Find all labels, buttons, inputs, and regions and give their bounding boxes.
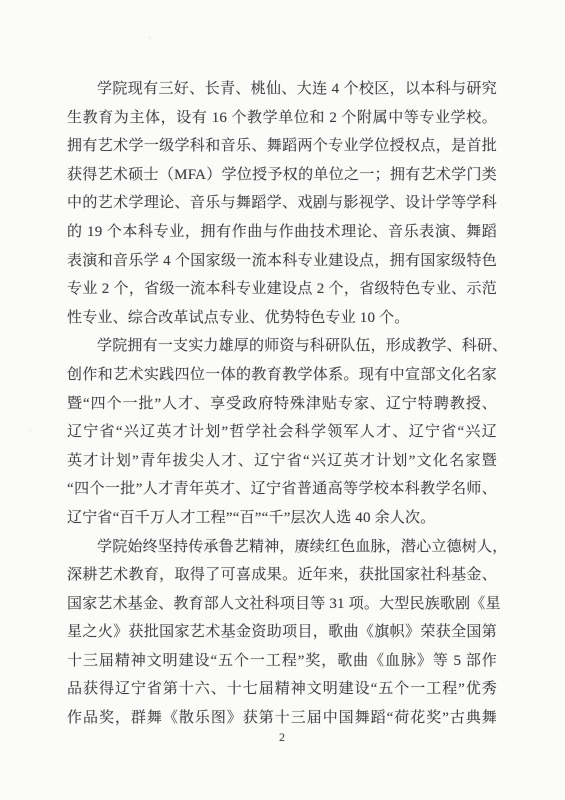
document-page: 学院现有三好、长青、桃仙、大连 4 个校区，以本科与研究 生教育为主体，设有 1… (67, 75, 497, 733)
paragraph-2: 学院拥有一支实力雄厚的师资与科研队伍，形成教学、科研、 创作和艺术实践四位一体的… (67, 332, 497, 532)
text-line: 国家艺术基金、教育部人文社科项目等 31 项。大型民族歌剧《星 (67, 590, 497, 619)
text-line: “四个一批”人才青年英才、辽宁省普通高等学校本科教学名师、 (67, 475, 497, 504)
text-line: 暨“四个一批”人才、享受政府特殊津贴专家、辽宁特聘教授、 (67, 390, 497, 419)
text-line: 星之火》获批国家艺术基金资助项目，歌曲《旗帜》荣获全国第 (67, 618, 497, 647)
page-number: 2 (67, 727, 497, 747)
text-line: 创作和艺术实践四位一体的教育教学体系。现有中宣部文化名家 (67, 361, 497, 390)
text-line: 辽宁省“百千万人才工程”“百”“千”层次人选 40 余人次。 (67, 504, 497, 533)
text-line: 性专业、综合改革试点专业、优势特色专业 10 个。 (67, 304, 497, 333)
text-line: 学院拥有一支实力雄厚的师资与科研队伍，形成教学、科研、 (67, 332, 497, 361)
paragraph-1: 学院现有三好、长青、桃仙、大连 4 个校区，以本科与研究 生教育为主体，设有 1… (67, 75, 497, 332)
text-line: 生教育为主体，设有 16 个教学单位和 2 个附属中等专业学校。 (67, 104, 497, 133)
text-line: 拥有艺术学一级学科和音乐、舞蹈两个专业学位授权点，是首批 (67, 132, 497, 161)
text-line: 十三届精神文明建设“五个一工程”奖，歌曲《血脉》等 5 部作 (67, 647, 497, 676)
paragraph-3: 学院始终坚持传承鲁艺精神，赓续红色血脉，潜心立德树人， 深耕艺术教育，取得了可喜… (67, 533, 497, 733)
text-line: 表演和音乐学 4 个国家级一流本科专业建设点，拥有国家级特色 (67, 247, 497, 276)
text-line: 的 19 个本科专业，拥有作曲与作曲技术理论、音乐表演、舞蹈 (67, 218, 497, 247)
text-line: 学院现有三好、长青、桃仙、大连 4 个校区，以本科与研究 (67, 75, 497, 104)
text-line: 中的艺术学理论、音乐与舞蹈学、戏剧与影视学、设计学等学科 (67, 189, 497, 218)
text-line: 获得艺术硕士（MFA）学位授予权的单位之一；拥有艺术学门类 (67, 161, 497, 190)
text-line: 专业 2 个，省级一流本科专业建设点 2 个，省级特色专业、示范 (67, 275, 497, 304)
text-line: 辽宁省“兴辽英才计划”哲学社会科学领军人才、辽宁省“兴辽 (67, 418, 497, 447)
text-line: 学院始终坚持传承鲁艺精神，赓续红色血脉，潜心立德树人， (67, 533, 497, 562)
text-line: 品获得辽宁省第十六、十七届精神文明建设“五个一工程”优秀 (67, 675, 497, 704)
text-line: 深耕艺术教育，取得了可喜成果。近年来，获批国家社科基金、 (67, 561, 497, 590)
text-line: 英才计划”青年拔尖人才、辽宁省“兴辽英才计划”文化名家暨 (67, 447, 497, 476)
